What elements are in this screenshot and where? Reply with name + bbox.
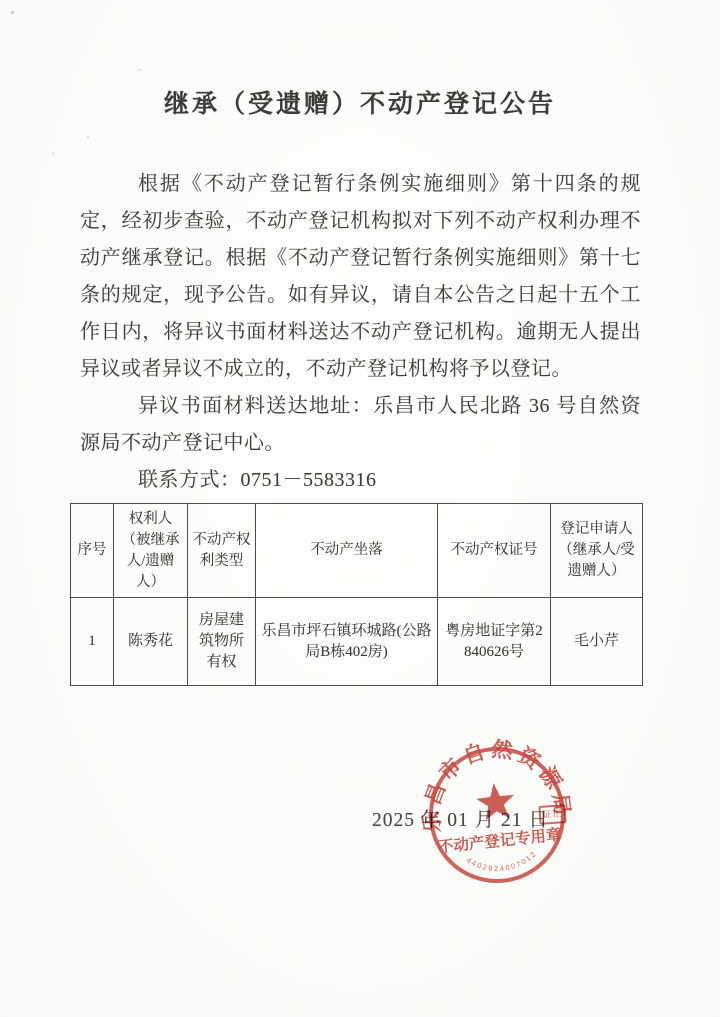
registration-table: 序号 权利人（被继承人/遗赠人） 不动产权利类型 不动产坐落 不动产权证号 登记…: [70, 503, 643, 686]
header-property-location: 不动产坐落: [256, 504, 438, 598]
document-title: 继承（受遗赠）不动产登记公告: [0, 84, 720, 120]
document-body: 根据《不动产登记暂行条例实施细则》第十四条的规定，经初步查验，不动产登记机构拟对…: [80, 166, 641, 499]
announcement-date: 2025 年 01 月 21 日: [372, 804, 549, 832]
cell-property-location: 乐昌市坪石镇环城路(公路局B栋402房): [256, 598, 438, 686]
table-header-row: 序号 权利人（被继承人/遗赠人） 不动产权利类型 不动产坐落 不动产权证号 登记…: [71, 504, 643, 598]
scan-noise-speck: [138, 69, 141, 71]
header-rights-holder: 权利人（被继承人/遗赠人）: [114, 504, 188, 598]
table-row: 1 陈秀花 房屋建筑物所有权 乐昌市坪石镇环城路(公路局B栋402房) 粤房地证…: [71, 598, 643, 686]
scan-noise-speck: [11, 11, 14, 14]
body-paragraph-legal: 根据《不动产登记暂行条例实施细则》第十四条的规定，经初步查验，不动产登记机构拟对…: [80, 166, 641, 388]
cell-rights-holder: 陈秀花: [114, 598, 188, 686]
cell-right-type: 房屋建筑物所有权: [188, 598, 256, 686]
header-serial-number: 序号: [71, 504, 114, 598]
body-paragraph-address: 异议书面材料送达地址：乐昌市人民北路 36 号自然资源局不动产登记中心。: [80, 388, 641, 462]
cell-applicant: 毛小芹: [551, 598, 643, 686]
cell-serial-number: 1: [71, 598, 114, 686]
header-certificate-number: 不动产权证号: [438, 504, 551, 598]
scan-noise-speck: [86, 135, 90, 139]
header-applicant: 登记申请人（继承人/受遗赠人）: [551, 504, 643, 598]
cell-certificate-number: 粤房地证字第2840626号: [438, 598, 551, 686]
seal-side-box: 证正: [538, 804, 566, 825]
scan-noise-speck: [52, 152, 55, 155]
scanned-page: 继承（受遗赠）不动产登记公告 根据《不动产登记暂行条例实施细则》第十四条的规定，…: [0, 0, 720, 1017]
header-right-type: 不动产权利类型: [188, 504, 256, 598]
seal-code-text: 4402824007012: [464, 849, 540, 876]
body-paragraph-contact: 联系方式：0751－5583316: [80, 462, 641, 499]
